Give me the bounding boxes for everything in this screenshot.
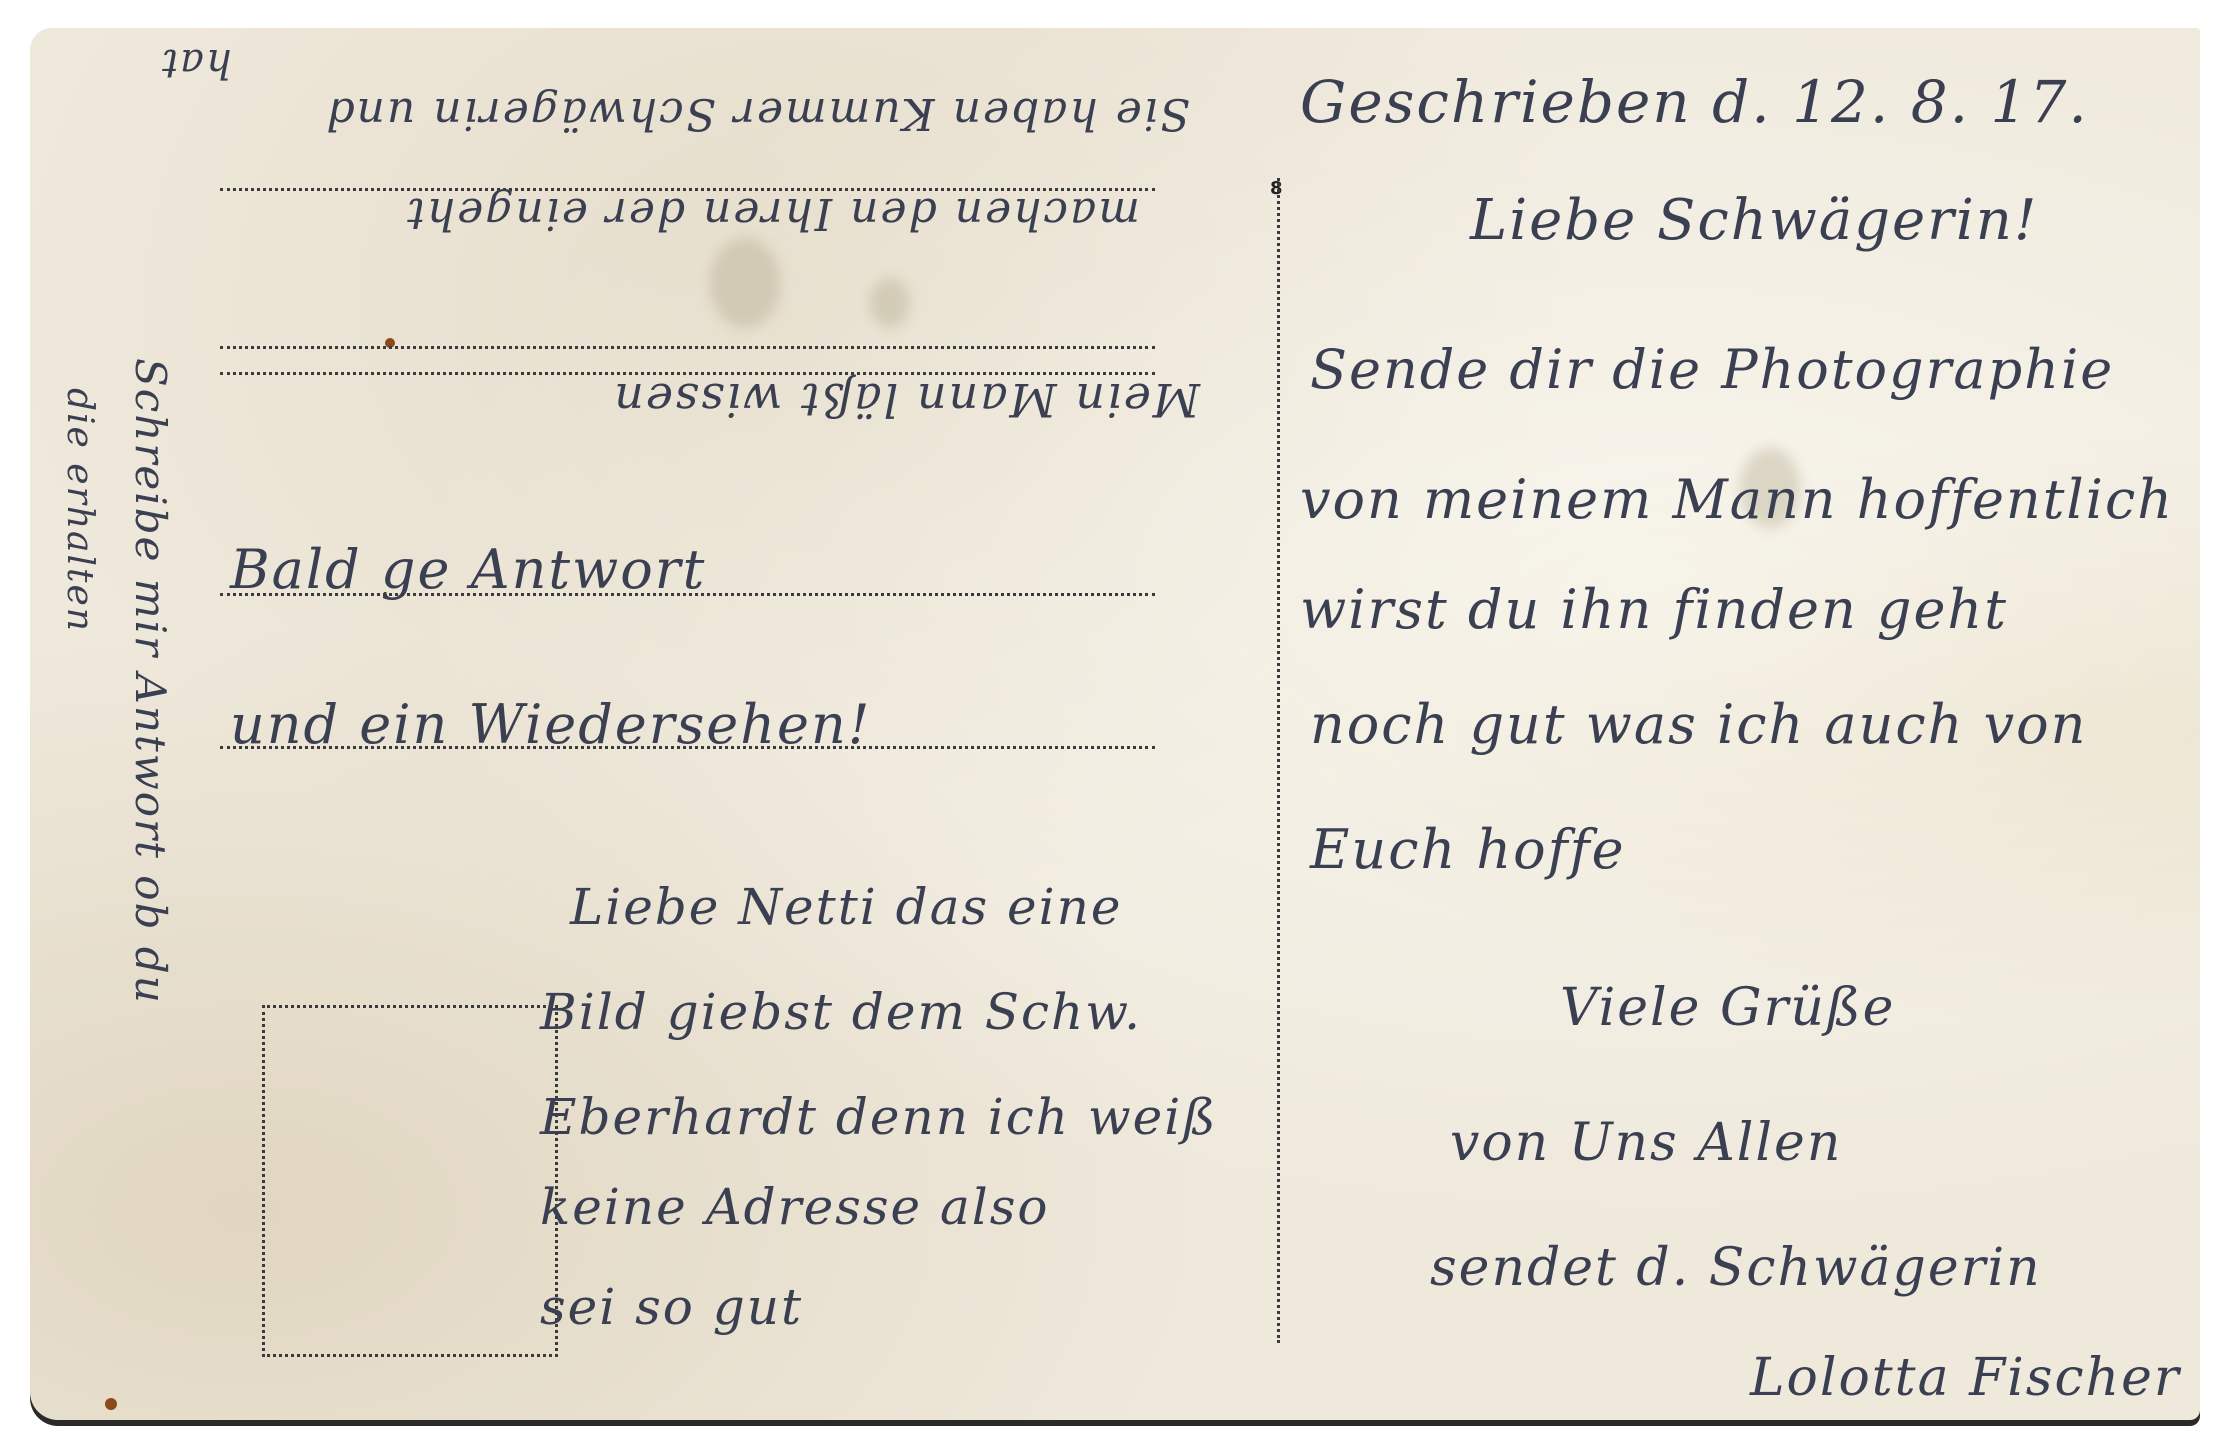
closing-line: Viele Grüße [1560,978,1895,1038]
address-line-1-text: Bald ge Antwort [230,538,706,601]
salutation: Liebe Schwägerin! [1470,188,2038,253]
date-line: Geschrieben d. 12. 8. 17. [1300,68,2089,136]
message-line: Euch hoffe [1310,818,1626,881]
stain [870,278,910,328]
note-line: Bild giebst dem Schw. [540,983,1142,1041]
vertical-note-line-2: die erhalten [59,388,100,633]
address-dotted-line [220,593,1155,596]
message-line: noch gut was ich auch von [1310,693,2087,756]
stamp-box [262,1005,558,1357]
address-dotted-line [220,346,1155,349]
rust-spot [105,1398,117,1410]
upside-down-line-3: Mein Mann läßt wissen [220,373,1200,427]
address-dotted-line [220,746,1155,749]
message-line: Sende dir die Photographie [1310,338,2114,401]
upside-down-corner-word: hat [160,40,232,86]
vertical-note-line-1: Schreibe mir Antwort ob du [126,358,175,1005]
signature: Lolotta Fischer [1750,1348,2181,1408]
postcard-back: hat Sie haben Kummer Schwägerin und mach… [30,28,2200,1420]
note-line: sei so gut [540,1278,803,1336]
upside-down-line-1: Sie haben Kummer Schwägerin und [40,88,1190,139]
note-line: Eberhardt denn ich weiß [540,1088,1218,1146]
center-divider [1277,178,1280,1343]
closing-line: von Uns Allen [1450,1113,1842,1173]
note-line: Liebe Netti das eine [570,878,1122,936]
upside-down-line-2: machen den Ihren der eingeht [40,188,1140,239]
message-line: von meinem Mann hoffentlich [1300,468,2174,531]
message-line: wirst du ihn finden geht [1300,578,2008,641]
note-line: keine Adresse also [540,1178,1050,1236]
stain [710,238,780,328]
closing-line: sendet d. Schwägerin [1430,1238,2042,1298]
